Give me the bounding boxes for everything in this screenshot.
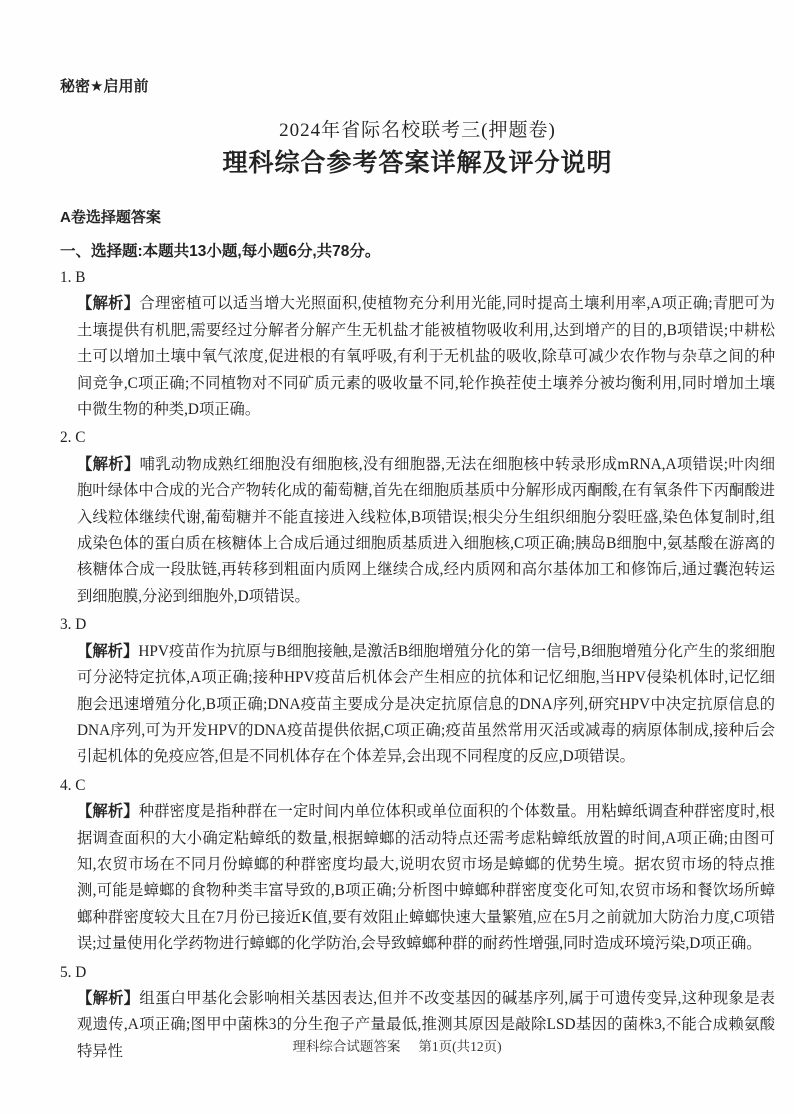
exam-title: 2024年省际名校联考三(押题卷) xyxy=(60,118,775,144)
question-block-4: 4. C 【解析】种群密度是指种群在一定时间内单位体积或单位面积的个体数量。用粘… xyxy=(60,773,775,958)
footer-document-name: 理科综合试题答案 xyxy=(292,1039,400,1054)
analysis-label: 【解析】 xyxy=(77,295,139,312)
analysis-label: 【解析】 xyxy=(77,803,139,820)
question-3-explanation: 【解析】HPV疫苗作为抗原与B细胞接触,是激活B细胞增殖分化的第一信号,B细胞增… xyxy=(77,639,775,771)
question-block-2: 2. C 【解析】哺乳动物成熟红细胞没有细胞核,没有细胞器,无法在细胞核中转录形… xyxy=(60,425,775,610)
question-1-explanation: 【解析】合理密植可以适当增大光照面积,使植物充分利用光能,同时提高土壤利用率,A… xyxy=(77,291,775,423)
question-2-explanation: 【解析】哺乳动物成熟红细胞没有细胞核,没有细胞器,无法在细胞核中转录形成mRNA… xyxy=(77,452,775,610)
analysis-text: 种群密度是指种群在一定时间内单位体积或单位面积的个体数量。用粘蟑纸调查种群密度时… xyxy=(77,803,775,952)
analysis-text: HPV疫苗作为抗原与B细胞接触,是激活B细胞增殖分化的第一信号,B细胞增殖分化产… xyxy=(77,643,775,766)
document-title: 理科综合参考答案详解及评分说明 xyxy=(60,147,775,180)
question-block-3: 3. D 【解析】HPV疫苗作为抗原与B细胞接触,是激活B细胞增殖分化的第一信号… xyxy=(60,612,775,770)
question-3-answer: 3. D xyxy=(60,612,775,638)
question-2-answer: 2. C xyxy=(60,425,775,451)
answer-sheet-page: 秘密★启用前 2024年省际名校联考三(押题卷) 理科综合参考答案详解及评分说明… xyxy=(0,0,794,1114)
analysis-label: 【解析】 xyxy=(77,990,139,1007)
question-4-answer: 4. C xyxy=(60,773,775,799)
question-1-answer: 1. B xyxy=(60,265,775,291)
choice-section-heading: 一、选择题:本题共13小题,每小题6分,共78分。 xyxy=(60,241,775,263)
analysis-text: 合理密植可以适当增大光照面积,使植物充分利用光能,同时提高土壤利用率,A项正确;… xyxy=(77,295,775,418)
page-footer: 理科综合试题答案第1页(共12页) xyxy=(0,1038,794,1056)
question-block-1: 1. B 【解析】合理密植可以适当增大光照面积,使植物充分利用光能,同时提高土壤… xyxy=(60,265,775,423)
analysis-text: 哺乳动物成熟红细胞没有细胞核,没有细胞器,无法在细胞核中转录形成mRNA,A项错… xyxy=(77,456,775,605)
secrecy-label: 秘密★启用前 xyxy=(60,0,775,96)
section-a-answers-heading: A卷选择题答案 xyxy=(60,208,775,228)
analysis-label: 【解析】 xyxy=(77,456,140,473)
analysis-label: 【解析】 xyxy=(77,643,138,660)
footer-page-number: 第1页(共12页) xyxy=(418,1039,501,1054)
question-5-answer: 5. D xyxy=(60,960,775,986)
question-4-explanation: 【解析】种群密度是指种群在一定时间内单位体积或单位面积的个体数量。用粘蟑纸调查种… xyxy=(77,799,775,957)
